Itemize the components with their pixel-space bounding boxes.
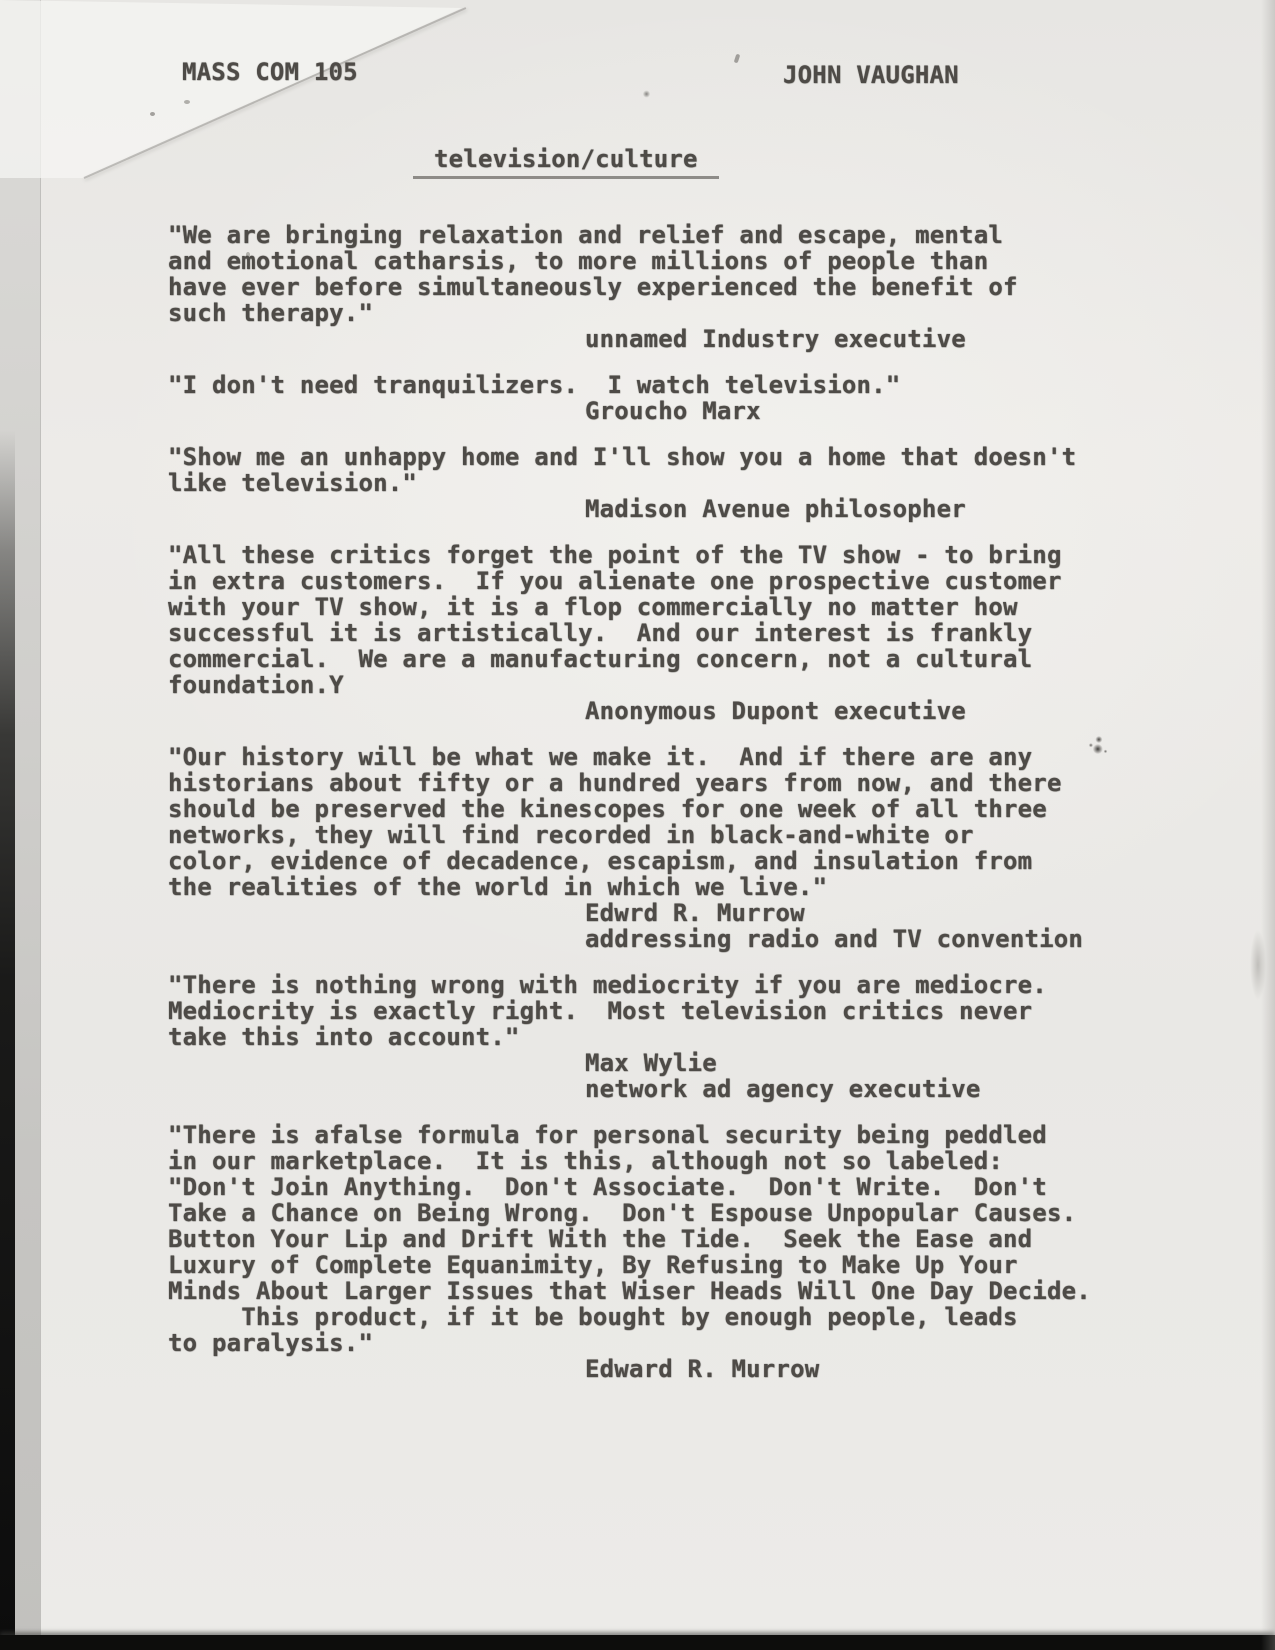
quote-attribution: Edwrd R. Murrow addressing radio and TV … — [168, 900, 1153, 952]
quote-text: "There is nothing wrong with mediocrity … — [168, 972, 1153, 1050]
quote-block: "We are bringing relaxation and relief a… — [168, 222, 1153, 352]
quote-block: "I don't need tranquilizers. I watch tel… — [168, 372, 1153, 424]
quotes-list: "We are bringing relaxation and relief a… — [168, 222, 1153, 1402]
quote-attribution: Edward R. Murrow — [168, 1356, 1153, 1382]
ink-speck — [643, 90, 650, 98]
quote-block: "Show me an unhappy home and I'll show y… — [168, 444, 1153, 522]
course-code: MASS COM 105 — [182, 58, 358, 86]
quote-text: "Show me an unhappy home and I'll show y… — [168, 444, 1153, 496]
quote-attribution: unnamed Industry executive — [168, 326, 1153, 352]
quote-text: "All these critics forget the point of t… — [168, 542, 1153, 698]
scanned-document-page: { "document": { "course": "MASS COM 105"… — [0, 0, 1275, 1650]
quote-block: "Our history will be what we make it. An… — [168, 744, 1153, 952]
ink-speck — [734, 54, 741, 64]
page-right-shading — [1261, 0, 1275, 1650]
ink-speck — [184, 100, 190, 104]
quote-block: "There is afalse formula for personal se… — [168, 1122, 1153, 1382]
document-title: television/culture — [413, 146, 719, 179]
author-name: JOHN VAUGHAN — [783, 61, 959, 89]
quote-attribution: Max Wylie network ad agency executive — [168, 1050, 1153, 1102]
scanner-left-black-edge — [0, 430, 15, 1650]
quote-text: "There is afalse formula for personal se… — [168, 1122, 1153, 1356]
scan-smudge — [1250, 930, 1266, 1000]
quote-block: "All these critics forget the point of t… — [168, 542, 1153, 724]
quote-attribution: Anonymous Dupont executive — [168, 698, 1153, 724]
quote-text: "I don't need tranquilizers. I watch tel… — [168, 372, 1153, 398]
quote-attribution: Madison Avenue philosopher — [168, 496, 1153, 522]
quote-text: "We are bringing relaxation and relief a… — [168, 222, 1153, 326]
page-corner-fold — [0, 0, 470, 185]
ink-speck — [150, 112, 155, 116]
quote-block: "There is nothing wrong with mediocrity … — [168, 972, 1153, 1102]
scanner-bottom-black-edge — [0, 1635, 1275, 1650]
quote-text: "Our history will be what we make it. An… — [168, 744, 1153, 900]
quote-attribution: Groucho Marx — [168, 398, 1153, 424]
